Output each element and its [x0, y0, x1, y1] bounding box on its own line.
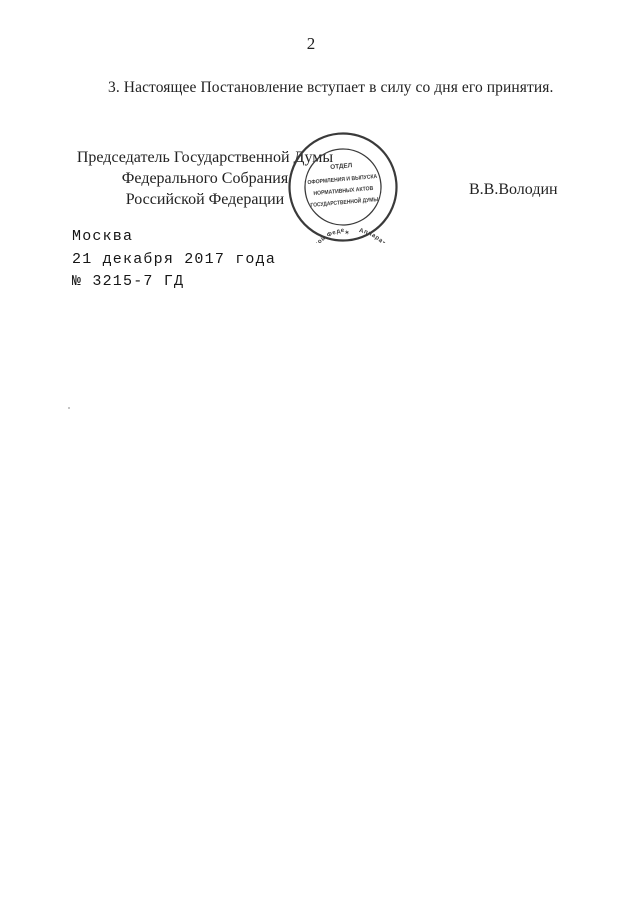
stamp-center-line: ГОСУДАРСТВЕННОЙ ДУМЫ — [310, 195, 379, 209]
issuance-date: 21 декабря 2017 года — [72, 249, 276, 272]
stamp-ring-text: Аппарат Государственной Думы Федеральног… — [287, 131, 399, 243]
stamp-ring-text-holder: Аппарат Государственной Думы Федеральног… — [287, 131, 399, 243]
document-page: 2 3. Настоящее Постановление вступает в … — [0, 0, 640, 905]
stamp-center-line: НОРМАТИВНЫХ АКТОВ — [313, 186, 373, 197]
issuance-city: Москва — [72, 226, 276, 249]
official-stamp: Аппарат Государственной Думы Федеральног… — [287, 131, 399, 243]
signatory-name: В.В.Володин — [469, 181, 558, 199]
body-paragraph: 3. Настоящее Постановление вступает в си… — [108, 79, 554, 97]
issuance-block: Москва 21 декабря 2017 года № 3215-7 ГД — [72, 226, 276, 294]
stamp-center-line: ОТДЕЛ — [330, 162, 353, 171]
stamp-content: Аппарат Государственной Думы Федеральног… — [287, 131, 399, 243]
issuance-number: № 3215-7 ГД — [72, 271, 276, 294]
page-number: 2 — [0, 34, 622, 54]
scan-artifact-dot — [68, 407, 70, 409]
stamp-star-icon: ✶ — [344, 229, 351, 237]
stamp-center-line: ОФОРМЛЕНИЯ И ВЫПУСКА — [307, 174, 377, 186]
stamp-outer-circle — [287, 131, 399, 243]
